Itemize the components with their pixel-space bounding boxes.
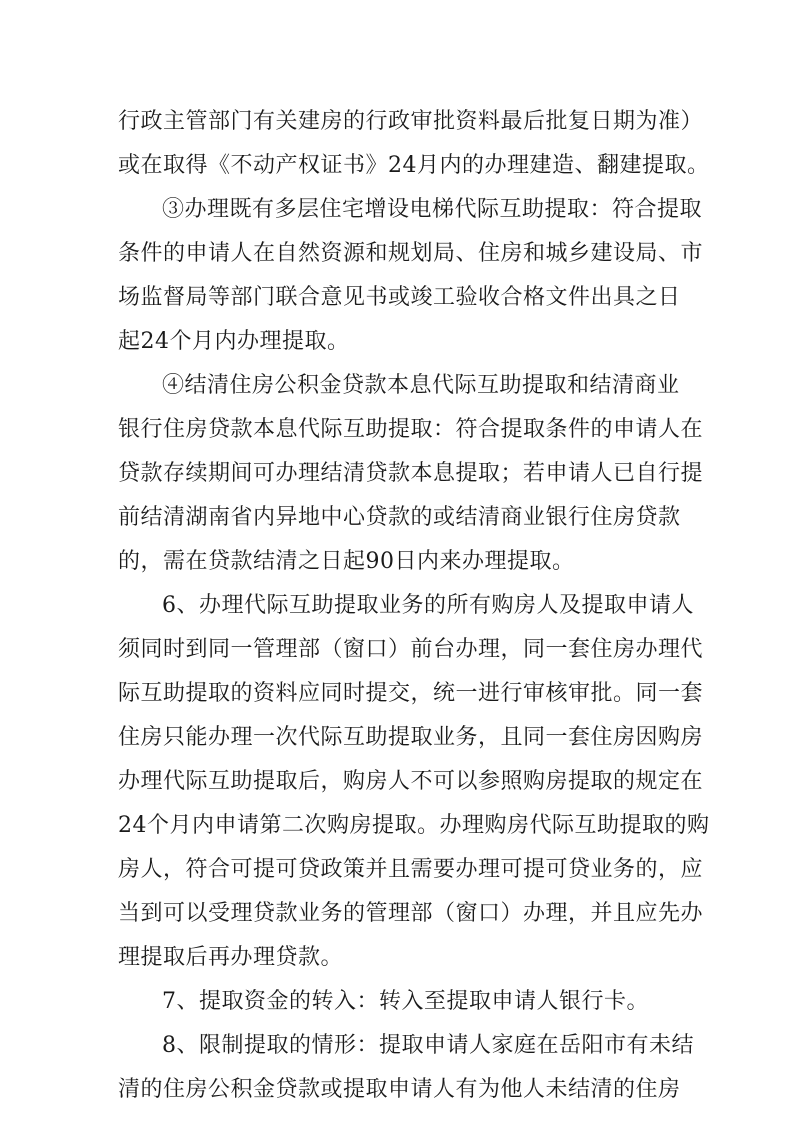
text-line: 住房只能办理一次代际互助提取业务，且同一套住房因购房 <box>118 723 668 753</box>
text-line: 的，需在贷款结清之日起90日内来办理提取。 <box>118 547 668 577</box>
text-line: 或在取得《不动产权证书》24月内的办理建造、翻建提取。 <box>118 151 668 181</box>
text-line: 理提取后再办理贷款。 <box>118 943 668 973</box>
text-line: 24个月内申请第二次购房提取。办理购房代际互助提取的购 <box>118 811 668 841</box>
text-line: 起24个月内办理提取。 <box>118 327 668 357</box>
text-line: 银行住房贷款本息代际互助提取：符合提取条件的申请人在 <box>118 415 668 445</box>
text-line: 8、限制提取的情形：提取申请人家庭在岳阳市有未结 <box>162 1031 668 1061</box>
text-line: 房人，符合可提可贷政策并且需要办理可提可贷业务的，应 <box>118 855 668 885</box>
text-line: 办理代际互助提取后，购房人不可以参照购房提取的规定在 <box>118 767 668 797</box>
document-page: 行政主管部门有关建房的行政审批资料最后批复日期为准） 或在取得《不动产权证书》2… <box>0 0 794 1122</box>
text-line: 须同时到同一管理部（窗口）前台办理，同一套住房办理代 <box>118 635 668 665</box>
text-line: 前结清湖南省内异地中心贷款的或结清商业银行住房贷款 <box>118 503 668 533</box>
text-line: 清的住房公积金贷款或提取申请人有为他人未结清的住房 <box>118 1075 668 1105</box>
text-line: 场监督局等部门联合意见书或竣工验收合格文件出具之日 <box>118 283 668 313</box>
text-line: 当到可以受理贷款业务的管理部（窗口）办理，并且应先办 <box>118 899 668 929</box>
text-line: 贷款存续期间可办理结清贷款本息提取；若申请人已自行提 <box>118 459 668 489</box>
text-line: ③办理既有多层住宅增设电梯代际互助提取：符合提取 <box>162 195 668 225</box>
text-line: 6、办理代际互助提取业务的所有购房人及提取申请人 <box>162 591 668 621</box>
text-line: 行政主管部门有关建房的行政审批资料最后批复日期为准） <box>118 107 668 137</box>
text-line: 条件的申请人在自然资源和规划局、住房和城乡建设局、市 <box>118 239 668 269</box>
text-line: 际互助提取的资料应同时提交，统一进行审核审批。同一套 <box>118 679 668 709</box>
text-line: 7、提取资金的转入：转入至提取申请人银行卡。 <box>162 987 668 1017</box>
text-line: ④结清住房公积金贷款本息代际互助提取和结清商业 <box>162 371 668 401</box>
